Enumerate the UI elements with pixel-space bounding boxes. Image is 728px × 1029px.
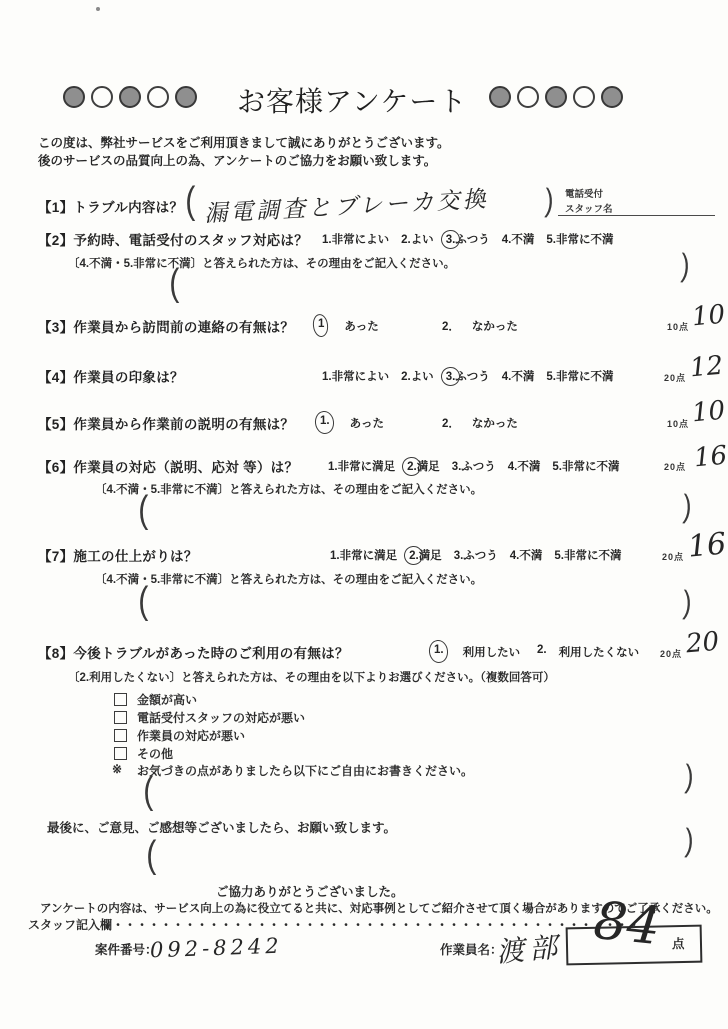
q2-option-4: 4.不満 bbox=[502, 231, 535, 247]
worker-name-handwriting: 渡部 bbox=[494, 925, 563, 971]
q6-reason-close-bracket bbox=[682, 490, 692, 523]
checkbox-icon bbox=[114, 747, 127, 760]
q8-option-2: 2.利用したくない bbox=[537, 644, 639, 660]
free-note-close-bracket bbox=[684, 760, 694, 793]
q2-reason-open-paren bbox=[169, 264, 179, 302]
page-title: お客様アンケート bbox=[237, 80, 467, 120]
q1-answer-open-paren bbox=[185, 182, 195, 220]
q8-max-score-label: 20点 bbox=[660, 647, 682, 660]
q4-option-2: 2.よい bbox=[401, 368, 434, 384]
q7-max-score-label: 20点 bbox=[662, 550, 684, 563]
filled-circle-icon bbox=[63, 86, 85, 108]
q4-options: 1.非常によい 2.よい 3.ふつう 4.不満 5.非常に不満 bbox=[322, 368, 613, 384]
q7-option-2-selected: 2.満足 bbox=[409, 547, 442, 563]
open-circle-icon bbox=[517, 86, 539, 108]
case-number-label: 案件番号： bbox=[95, 940, 158, 958]
q4-score-handwriting: 12 bbox=[689, 353, 724, 382]
open-circle-icon bbox=[147, 86, 169, 108]
q7-label: 【7】施工の仕上がりは？ bbox=[38, 545, 198, 565]
header-circles-right bbox=[489, 86, 623, 108]
q4-option-3-selected: 3.ふつう bbox=[446, 368, 490, 384]
q2-reason-close-bracket bbox=[680, 249, 690, 282]
q8-score-handwriting: 20 bbox=[685, 629, 720, 658]
q7-option-4: 4.不満 bbox=[510, 547, 543, 563]
q2-selection-circle: 3. bbox=[446, 234, 456, 246]
q1-answer-handwriting: 漏電調査とブレーカ交換 bbox=[203, 181, 489, 229]
staff-box-bracket bbox=[544, 184, 554, 217]
q3-selection-circle: 1 bbox=[318, 318, 324, 334]
q6-label: 【6】作業員の対応（説明、応対 等）は？ bbox=[38, 456, 298, 476]
header-circles-left bbox=[63, 86, 197, 108]
q7-option-3: 3.ふつう bbox=[454, 547, 498, 563]
q3-score-handwriting: 10 bbox=[691, 302, 726, 331]
filled-circle-icon bbox=[489, 86, 511, 108]
q5-max-score-label: 10点 bbox=[667, 417, 689, 430]
filled-circle-icon bbox=[545, 86, 567, 108]
staff-entry-label: スタッフ記入欄 bbox=[28, 918, 112, 932]
q2-option-1: 1.非常によい bbox=[322, 231, 389, 247]
q2-reason-instruction: 〔4.不満・5.非常に不満〕と答えられた方は、その理由をご記入ください。 bbox=[68, 255, 455, 271]
free-note-open-paren bbox=[143, 772, 153, 810]
q6-option-3: 3.ふつう bbox=[452, 458, 496, 474]
q1-label: 【1】トラブル内容は？ bbox=[38, 196, 183, 216]
free-note-mark: ※ bbox=[112, 762, 122, 776]
q8-sub-instruction: 〔2.利用したくない〕と答えられた方は、その理由を以下よりお選びください。（複数… bbox=[68, 669, 555, 685]
q7-reason-open-paren bbox=[138, 582, 148, 620]
final-comment-instruction: 最後に、ご意見、ご感想等ございましたら、お願い致します。 bbox=[47, 818, 396, 836]
case-number-handwriting: 092-8242 bbox=[150, 934, 283, 963]
q5-selection-circle: 1. bbox=[320, 415, 330, 431]
q4-max-score-label: 20点 bbox=[664, 371, 686, 384]
checkbox-phone-staff-bad-label: 電話受付スタッフの対応が悪い bbox=[137, 709, 305, 726]
checkbox-price-high bbox=[114, 693, 127, 711]
filled-circle-icon bbox=[175, 86, 197, 108]
q5-label: 【5】作業員から作業前の説明の有無は？ bbox=[38, 413, 294, 433]
q7-reason-close-bracket bbox=[682, 586, 692, 619]
q2-option-2: 2.よい bbox=[401, 231, 434, 247]
q7-option-1: 1.非常に満足 bbox=[330, 547, 397, 563]
q7-option-5: 5.非常に不満 bbox=[554, 547, 621, 563]
q3-label: 【3】作業員から訪問前の連絡の有無は？ bbox=[38, 316, 294, 336]
filled-circle-icon bbox=[601, 86, 623, 108]
q6-option-4: 4.不満 bbox=[508, 458, 541, 474]
q6-reason-instruction: 〔4.不満・5.非常に不満〕と答えられた方は、その理由をご記入ください。 bbox=[95, 481, 482, 497]
final-comment-close-bracket bbox=[684, 824, 694, 857]
thanks-text: ご協力ありがとうございました。 bbox=[216, 882, 404, 900]
checkbox-worker-bad-label: 作業員の対応が悪い bbox=[137, 727, 245, 744]
q7-options: 1.非常に満足 2.満足 3.ふつう 4.不満 5.非常に不満 bbox=[330, 547, 621, 563]
q7-selection-circle: 2. bbox=[409, 550, 419, 562]
intro-line-2: 後のサービスの品質向上の為、アンケートのご協力をお願い致します。 bbox=[38, 152, 450, 170]
final-comment-open-paren bbox=[146, 836, 156, 874]
phone-reception-label: 電話受付 bbox=[565, 186, 603, 200]
survey-scan-page: お客様アンケート この度は、弊社サービスをご利用頂きまして誠にありがとうございま… bbox=[0, 0, 728, 1029]
q6-selection-circle: 2. bbox=[407, 461, 417, 473]
q5-option-1-selected: 1. あった bbox=[320, 415, 384, 431]
q8-option-1-selected: 1. 利用したい bbox=[434, 644, 520, 660]
q7-reason-instruction: 〔4.不満・5.非常に不満〕と答えられた方は、その理由をご記入ください。 bbox=[95, 571, 482, 587]
q5-option-2: 2．なかった bbox=[442, 415, 518, 431]
q3-option-1-selected: 1 あった bbox=[318, 318, 379, 334]
q8-label: 【8】今後トラブルがあった時のご利用の有無は？ bbox=[38, 642, 349, 662]
filled-circle-icon bbox=[119, 86, 141, 108]
q4-option-4: 4.不満 bbox=[502, 368, 535, 384]
checkbox-other-label: その他 bbox=[137, 745, 173, 762]
free-note-instruction: お気づきの点がありましたら以下にご自由にお書きください。 bbox=[137, 762, 473, 779]
q2-label: 【2】予約時、電話受付のスタッフ対応は？ bbox=[38, 229, 308, 249]
checkbox-icon bbox=[114, 711, 127, 724]
q6-option-5: 5.非常に不満 bbox=[552, 458, 619, 474]
q6-reason-open-paren bbox=[138, 491, 148, 529]
q6-options: 1.非常に満足 2.満足 3.ふつう 4.不満 5.非常に不満 bbox=[328, 458, 619, 474]
intro-text: この度は、弊社サービスをご利用頂きまして誠にありがとうございます。 後のサービス… bbox=[38, 134, 450, 170]
q2-option-3-selected: 3.ふつう bbox=[446, 231, 490, 247]
q3-option-2: 2．なかった bbox=[442, 318, 518, 334]
worker-name-label: 作業員名： bbox=[440, 940, 503, 958]
checkbox-phone-staff-bad bbox=[114, 711, 127, 729]
checkbox-price-high-label: 金額が高い bbox=[137, 691, 197, 708]
q6-max-score-label: 20点 bbox=[664, 460, 686, 473]
q3-max-score-label: 10点 bbox=[667, 320, 689, 333]
q4-label: 【4】作業員の印象は？ bbox=[38, 366, 184, 386]
checkbox-icon bbox=[114, 693, 127, 706]
open-circle-icon bbox=[91, 86, 113, 108]
total-score-handwriting: 84 bbox=[591, 895, 662, 954]
q5-score-handwriting: 10 bbox=[691, 398, 726, 427]
dotted-line: ・・・・・・・・・・・・・・・・・・・・・・・・・・・・・・・・・・・・・・・・… bbox=[112, 918, 640, 932]
q2-option-5: 5.非常に不満 bbox=[546, 231, 613, 247]
staff-name-writing-line bbox=[558, 200, 715, 216]
q7-score-handwriting: 16 bbox=[687, 529, 728, 562]
intro-line-1: この度は、弊社サービスをご利用頂きまして誠にありがとうございます。 bbox=[38, 134, 450, 152]
checkbox-worker-bad bbox=[114, 729, 127, 747]
q4-option-5: 5.非常に不満 bbox=[546, 368, 613, 384]
q4-selection-circle: 3. bbox=[446, 371, 456, 383]
q6-score-handwriting: 16 bbox=[693, 443, 728, 472]
q4-option-1: 1.非常によい bbox=[322, 368, 389, 384]
q8-selection-circle: 1. bbox=[434, 644, 444, 660]
q6-option-1: 1.非常に満足 bbox=[328, 458, 395, 474]
checkbox-icon bbox=[114, 729, 127, 742]
score-unit-label: 点 bbox=[672, 934, 685, 952]
q6-option-2-selected: 2.満足 bbox=[407, 458, 440, 474]
open-circle-icon bbox=[573, 86, 595, 108]
q2-options: 1.非常によい 2.よい 3.ふつう 4.不満 5.非常に不満 bbox=[322, 231, 613, 247]
scan-artifact bbox=[96, 7, 100, 11]
